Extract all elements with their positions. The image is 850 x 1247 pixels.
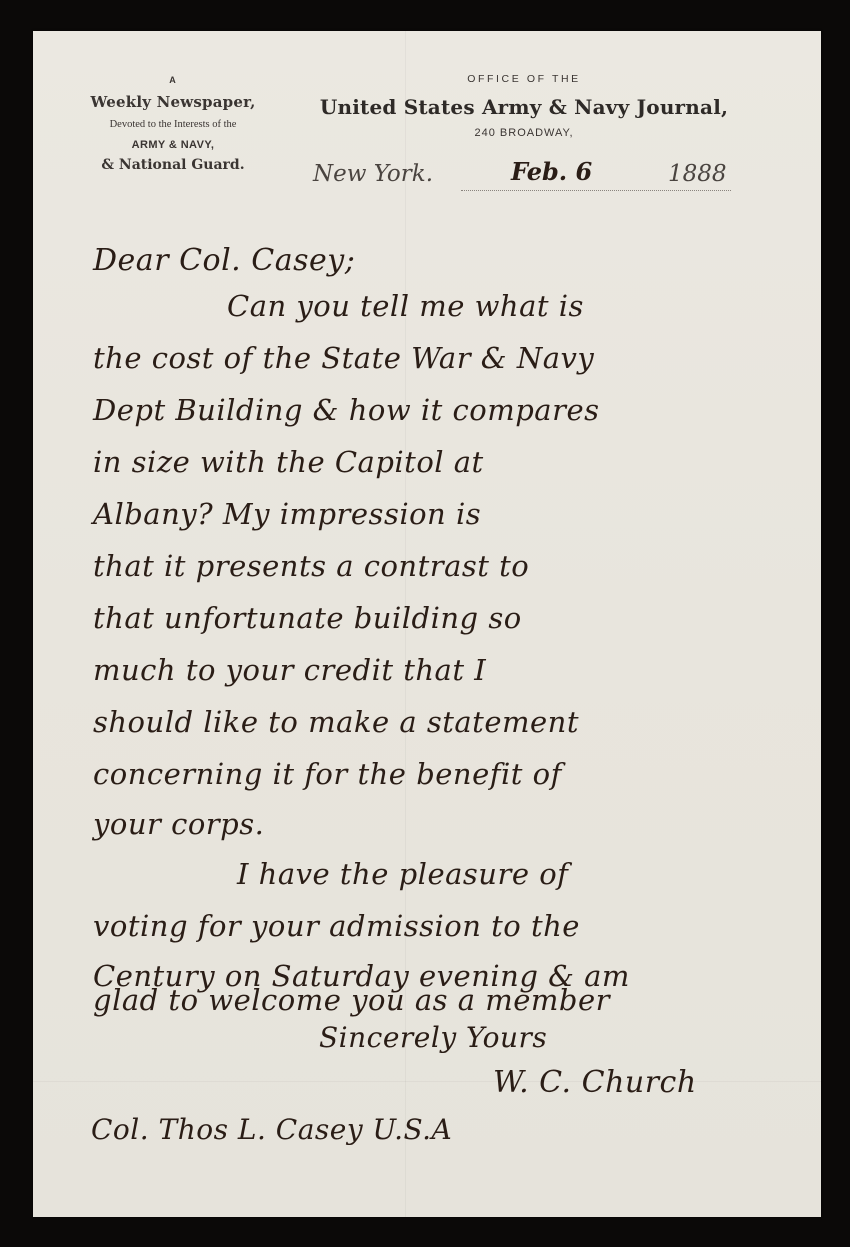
body-line: I have the pleasure of (237, 857, 568, 891)
body-line: your corps. (93, 807, 264, 841)
dateline-year: 1888 (668, 161, 727, 187)
fold-crease-horizontal (33, 1081, 821, 1082)
body-line: that unfortunate building so (93, 601, 522, 635)
letterhead-a: A (73, 75, 273, 85)
body-line: much to your credit that I (93, 653, 486, 687)
letterhead-address: 240 BROADWAY, (289, 127, 759, 139)
letterhead-devoted: Devoted to the Interests of the (73, 119, 273, 130)
letterhead-center-block: OFFICE OF THE United States Army & Navy … (289, 73, 759, 139)
body-line: Albany? My impression is (93, 497, 481, 531)
letterhead-office-of-the: OFFICE OF THE (289, 73, 759, 85)
body-line: in size with the Capitol at (93, 445, 484, 479)
body-line: should like to make a statement (93, 705, 579, 739)
body-line: concerning it for the benefit of (93, 757, 562, 791)
signature: W. C. Church (493, 1065, 697, 1100)
body-line: voting for your admission to the (93, 909, 580, 943)
body-line: Can you tell me what is (227, 289, 584, 323)
addressee: Col. Thos L. Casey U.S.A (91, 1113, 452, 1146)
letterhead-army-navy: ARMY & NAVY, (73, 139, 273, 151)
closing: Sincerely Yours (319, 1021, 547, 1054)
dateline: New York. Feb. 6 1888 (313, 157, 733, 197)
letterhead-national-guard: & National Guard. (73, 157, 273, 173)
body-line: Dept Building & how it compares (93, 393, 600, 427)
letterhead-journal-title: United States Army & Navy Journal, (289, 95, 759, 119)
body-line: that it presents a contrast to (93, 549, 529, 583)
letterhead-weekly-newspaper: Weekly Newspaper, (73, 93, 273, 111)
body-line: glad to welcome you as a member (93, 983, 610, 1017)
letter-paper: A Weekly Newspaper, Devoted to the Inter… (33, 31, 821, 1217)
salutation: Dear Col. Casey; (93, 243, 355, 278)
dateline-dotted-rule (461, 190, 731, 191)
body-line: the cost of the State War & Navy (93, 341, 594, 375)
dateline-city: New York. (313, 161, 433, 187)
dateline-date: Feb. 6 (511, 157, 592, 186)
letterhead-left-block: A Weekly Newspaper, Devoted to the Inter… (73, 75, 273, 173)
